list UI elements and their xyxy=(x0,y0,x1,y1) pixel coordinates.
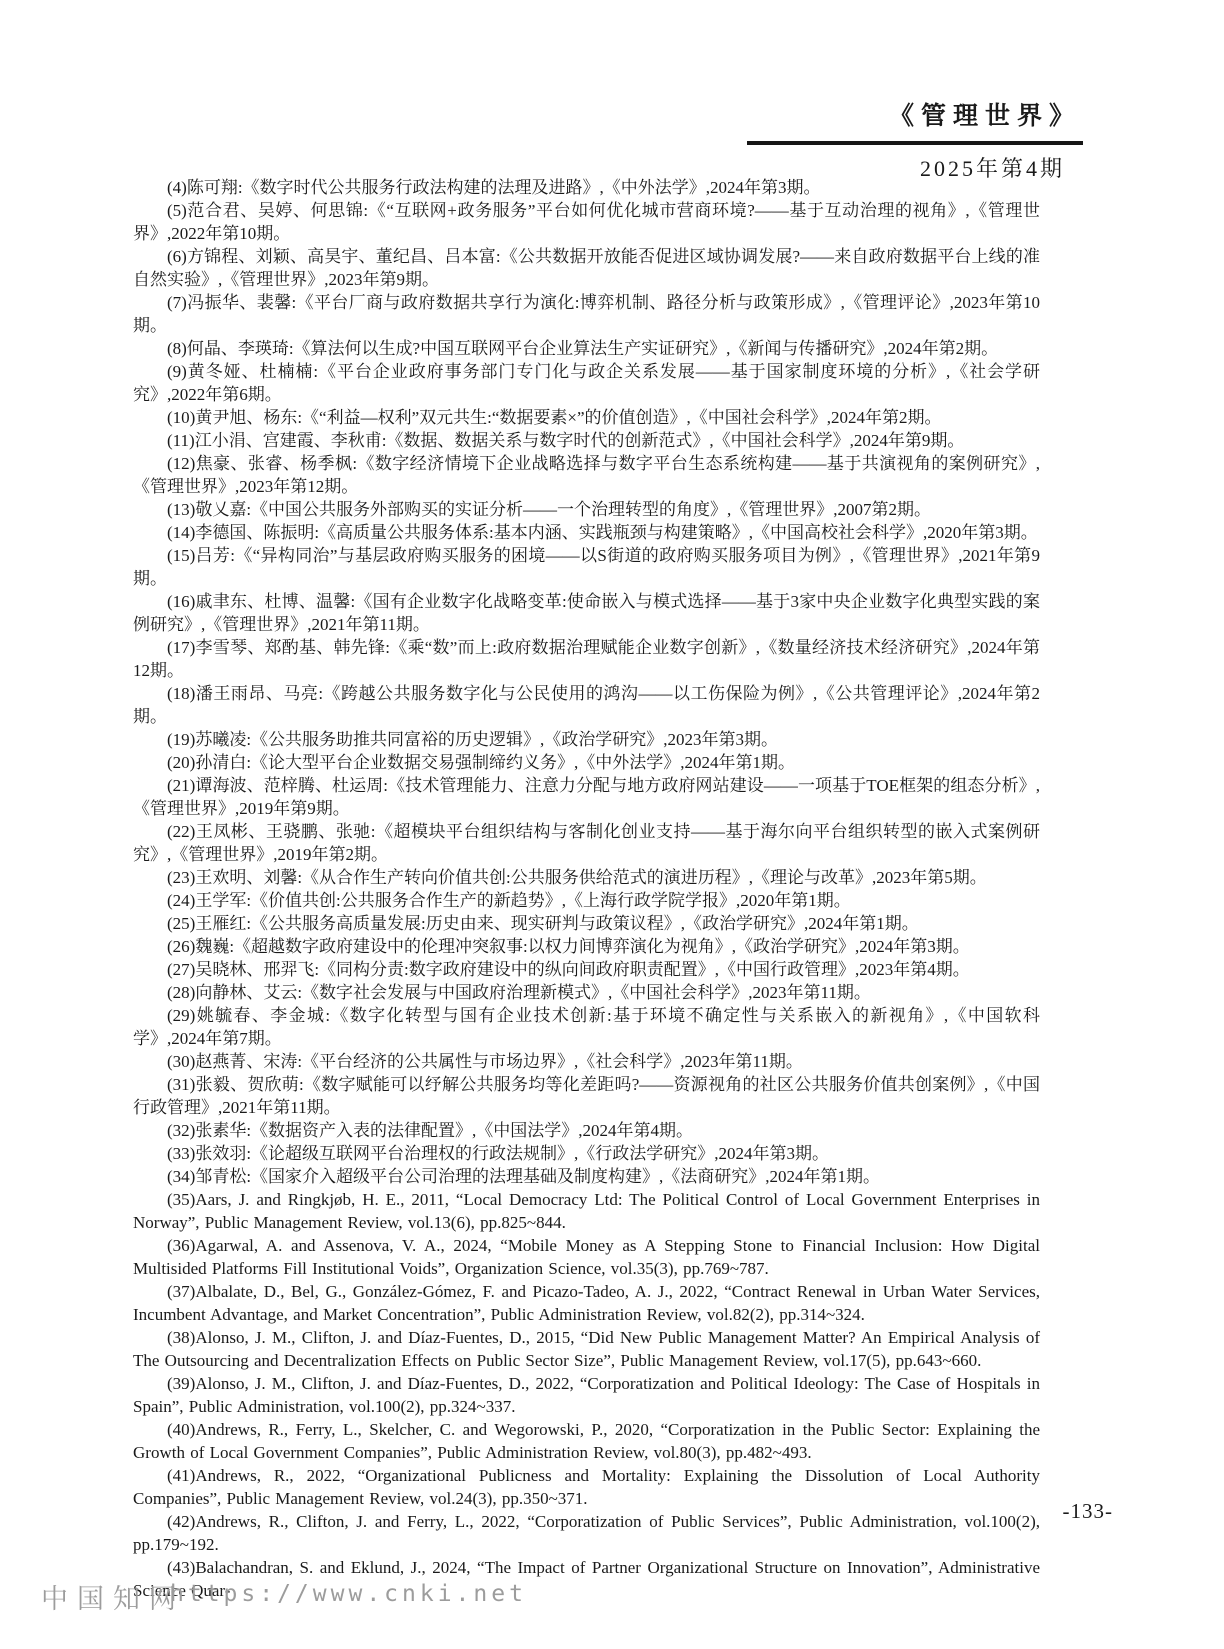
reference-item: (27)吴晓林、邢羿飞:《同构分责:数字政府建设中的纵向间政府职责配置》,《中国… xyxy=(133,958,1040,981)
reference-item: (7)冯振华、裴馨:《平台厂商与政府数据共享行为演化:博弈机制、路径分析与政策形… xyxy=(133,291,1040,337)
reference-item: (41)Andrews, R., 2022, “Organizational P… xyxy=(133,1464,1040,1510)
reference-item: (25)王雁红:《公共服务高质量发展:历史由来、现实研判与政策议程》,《政治学研… xyxy=(133,912,1040,935)
reference-item: (40)Andrews, R., Ferry, L., Skelcher, C.… xyxy=(133,1418,1040,1464)
journal-title: 《管理世界》 xyxy=(747,96,1083,141)
reference-item: (22)王凤彬、王骁鹏、张驰:《超模块平台组织结构与客制化创业支持——基于海尔向… xyxy=(133,820,1040,866)
reference-item: (35)Aars, J. and Ringkjøb, H. E., 2011, … xyxy=(133,1188,1040,1234)
reference-item: (4)陈可翔:《数字时代公共服务行政法构建的法理及进路》,《中外法学》,2024… xyxy=(133,176,1040,199)
reference-item: (39)Alonso, J. M., Clifton, J. and Díaz-… xyxy=(133,1372,1040,1418)
reference-item: (28)向静林、艾云:《数字社会发展与中国政府治理新模式》,《中国社会科学》,2… xyxy=(133,981,1040,1004)
reference-item: (14)李德国、陈振明:《高质量公共服务体系:基本内涵、实践瓶颈与构建策略》,《… xyxy=(133,521,1040,544)
reference-item: (31)张毅、贺欣萌:《数字赋能可以纾解公共服务均等化差距吗?——资源视角的社区… xyxy=(133,1073,1040,1119)
reference-item: (19)苏曦凌:《公共服务助推共同富裕的历史逻辑》,《政治学研究》,2023年第… xyxy=(133,728,1040,751)
reference-item: (13)敬乂嘉:《中国公共服务外部购买的实证分析——一个治理转型的角度》,《管理… xyxy=(133,498,1040,521)
page-number: -133- xyxy=(1063,1499,1114,1524)
reference-item: (5)范合君、吴婷、何思锦:《“互联网+政务服务”平台如何优化城市营商环境?——… xyxy=(133,199,1040,245)
cnki-watermark-label: 中国知网 xyxy=(41,1577,185,1616)
reference-item: (11)江小涓、宫建霞、李秋甫:《数据、数据关系与数字时代的创新范式》,《中国社… xyxy=(133,429,1040,452)
reference-item: (18)潘王雨昂、马亮:《跨越公共服务数字化与公民使用的鸿沟——以工伤保险为例》… xyxy=(133,682,1040,728)
reference-item: (9)黄冬娅、杜楠楠:《平台企业政府事务部门专门化与政企关系发展——基于国家制度… xyxy=(133,360,1040,406)
reference-list: (4)陈可翔:《数字时代公共服务行政法构建的法理及进路》,《中外法学》,2024… xyxy=(133,176,1040,1602)
reference-item: (21)谭海波、范梓腾、杜运周:《技术管理能力、注意力分配与地方政府网站建设——… xyxy=(133,774,1040,820)
reference-item: (24)王学军:《价值共创:公共服务合作生产的新趋势》,《上海行政学院学报》,2… xyxy=(133,889,1040,912)
reference-item: (37)Albalate, D., Bel, G., González-Góme… xyxy=(133,1280,1040,1326)
reference-item: (6)方锦程、刘颖、高昊宇、董纪昌、吕本富:《公共数据开放能否促进区域协调发展?… xyxy=(133,245,1040,291)
reference-item: (34)邹青松:《国家介入超级平台公司治理的法理基础及制度构建》,《法商研究》,… xyxy=(133,1165,1040,1188)
reference-item: (15)吕芳:《“异构同治”与基层政府购买服务的困境——以S街道的政府购买服务项… xyxy=(133,544,1040,590)
reference-item: (36)Agarwal, A. and Assenova, V. A., 202… xyxy=(133,1234,1040,1280)
masthead: 《管理世界》 2025年第4期 xyxy=(747,96,1083,183)
reference-item: (42)Andrews, R., Clifton, J. and Ferry, … xyxy=(133,1510,1040,1556)
masthead-divider xyxy=(747,141,1083,145)
reference-item: (38)Alonso, J. M., Clifton, J. and Díaz-… xyxy=(133,1326,1040,1372)
reference-item: (33)张效羽:《论超级互联网平台治理权的行政法规制》,《行政法学研究》,202… xyxy=(133,1142,1040,1165)
reference-item: (29)姚毓春、李金城:《数字化转型与国有企业技术创新:基于环境不确定性与关系嵌… xyxy=(133,1004,1040,1050)
reference-item: (10)黄尹旭、杨东:《“利益—权利”双元共生:“数据要素×”的价值创造》,《中… xyxy=(133,406,1040,429)
reference-item: (30)赵燕菁、宋涛:《平台经济的公共属性与市场边界》,《社会科学》,2023年… xyxy=(133,1050,1040,1073)
cnki-watermark-url: https://www.cnki.net xyxy=(170,1581,527,1607)
reference-item: (23)王欢明、刘馨:《从合作生产转向价值共创:公共服务供给范式的演进历程》,《… xyxy=(133,866,1040,889)
reference-item: (12)焦豪、张睿、杨季枫:《数字经济情境下企业战略选择与数字平台生态系统构建—… xyxy=(133,452,1040,498)
reference-item: (20)孙清白:《论大型平台企业数据交易强制缔约义务》,《中外法学》,2024年… xyxy=(133,751,1040,774)
journal-page: 《管理世界》 2025年第4期 (4)陈可翔:《数字时代公共服务行政法构建的法理… xyxy=(0,0,1224,1649)
reference-item: (16)戚聿东、杜博、温馨:《国有企业数字化战略变革:使命嵌入与模式选择——基于… xyxy=(133,590,1040,636)
reference-item: (32)张素华:《数据资产入表的法律配置》,《中国法学》,2024年第4期。 xyxy=(133,1119,1040,1142)
reference-item: (8)何晶、李瑛琦:《算法何以生成?中国互联网平台企业算法生产实证研究》,《新闻… xyxy=(133,337,1040,360)
reference-item: (17)李雪琴、郑酌基、韩先锋:《乘“数”而上:政府数据治理赋能企业数字创新》,… xyxy=(133,636,1040,682)
reference-item: (26)魏巍:《超越数字政府建设中的伦理冲突叙事:以权力间博弈演化为视角》,《政… xyxy=(133,935,1040,958)
